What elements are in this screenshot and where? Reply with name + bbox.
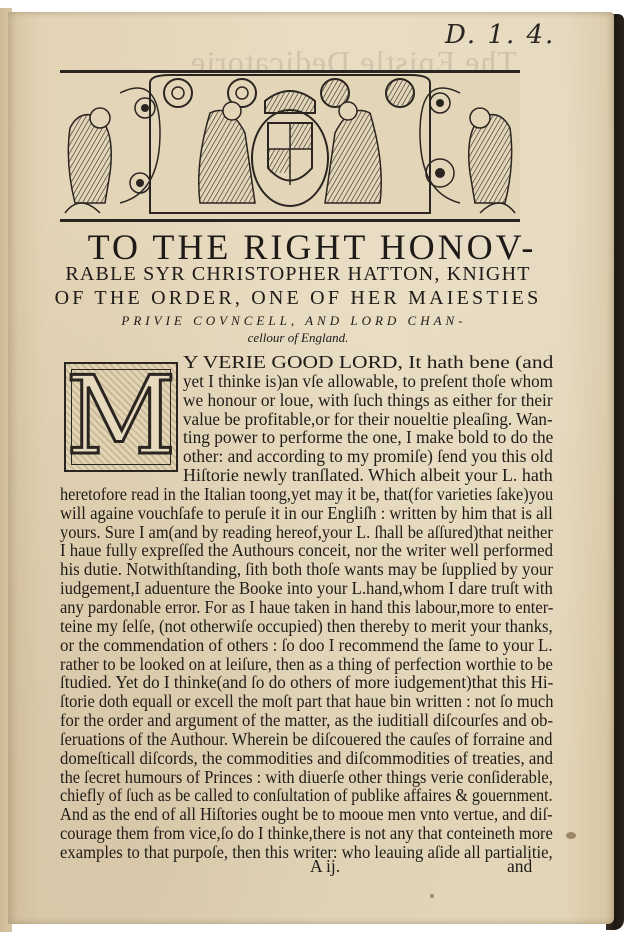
- drop-cap-letter: M: [71, 369, 171, 465]
- body-line: yours. Sure I am(and by reading hereof,y…: [60, 522, 553, 543]
- body-line: any pardonable error. For as I haue take…: [60, 597, 553, 618]
- body-line: heretofore read in the Italian toong,yet…: [60, 484, 553, 505]
- body-line: will againe vouchſafe to peruſe it in ou…: [60, 503, 553, 524]
- title-line-4: PRIVIE COVNCELL, AND LORD CHAN-: [0, 313, 614, 329]
- title-line-3: OF THE ORDER, ONE OF HER MAIESTIES: [0, 287, 618, 310]
- body-line: rather to be looked on at leiſure, then …: [60, 654, 553, 675]
- body-line: domeſticall diſcords, the commodities an…: [60, 748, 553, 769]
- body-line: examples to that purpoſe, then this writ…: [60, 842, 553, 863]
- body-line: ſtorie doth equall or excell the moſt pa…: [60, 691, 553, 712]
- body-line: And as the end of all Hiſtories ought be…: [60, 804, 553, 825]
- catchword: and: [507, 856, 532, 877]
- body-line: teine my ſelſe, (not otherwiſe occupied)…: [60, 616, 553, 637]
- title-line-5: cellour of England.: [0, 330, 618, 346]
- body-line: other: and according to my promiſe) ſend…: [183, 446, 553, 467]
- body-line: ſeruations of the Authour. Wherein be di…: [60, 729, 553, 750]
- foxing-stain: [566, 832, 576, 839]
- body-line: Y VERIE GOOD LORD, It hath bene (and: [183, 352, 553, 373]
- body-line: I haue fully expreſſed the Authours conc…: [60, 540, 553, 561]
- ornamental-drop-cap: M: [64, 362, 178, 472]
- body-line: chiefly of ſuch as be called to conſulta…: [60, 785, 553, 806]
- title-line-2: RABLE SYR CHRISTOPHER HATTON, KNIGHT: [0, 263, 618, 286]
- body-line: iudgement,I aduenture the Booke into you…: [60, 578, 553, 599]
- royal-arms-ornament-icon: [60, 73, 520, 219]
- body-line: his dutie. Notwithſtanding, ſith both th…: [60, 559, 553, 580]
- body-line: yet I thinke is)an vſe allowable, to pre…: [183, 371, 553, 392]
- body-line: ſtudied. Yet do I thinke(and ſo do other…: [60, 672, 553, 693]
- foxing-stain: [430, 894, 434, 898]
- body-line: Hiſtorie newly tranſlated. Which albeit …: [183, 465, 553, 486]
- body-line: courage them from vice,ſo do I thinke,th…: [60, 823, 553, 844]
- body-line: value be profitable,or for their nouelti…: [183, 409, 553, 430]
- body-line: the ſecret humours of Princes : with diu…: [60, 767, 553, 788]
- signature-mark: A ij.: [310, 856, 340, 877]
- woodcut-headpiece-ornament: [60, 70, 520, 222]
- handwritten-shelfmark: D. 1. 4.: [445, 20, 555, 50]
- body-line: or the commendation of others : ſo doo I…: [60, 635, 553, 656]
- body-line: we honour or loue, with ſuch things as e…: [183, 390, 553, 411]
- body-line: for the order and argument of the matter…: [60, 710, 553, 731]
- body-line: ting power to performe the one, I make b…: [183, 427, 553, 448]
- title-line-1: TO THE RIGHT HONOV-: [0, 226, 632, 268]
